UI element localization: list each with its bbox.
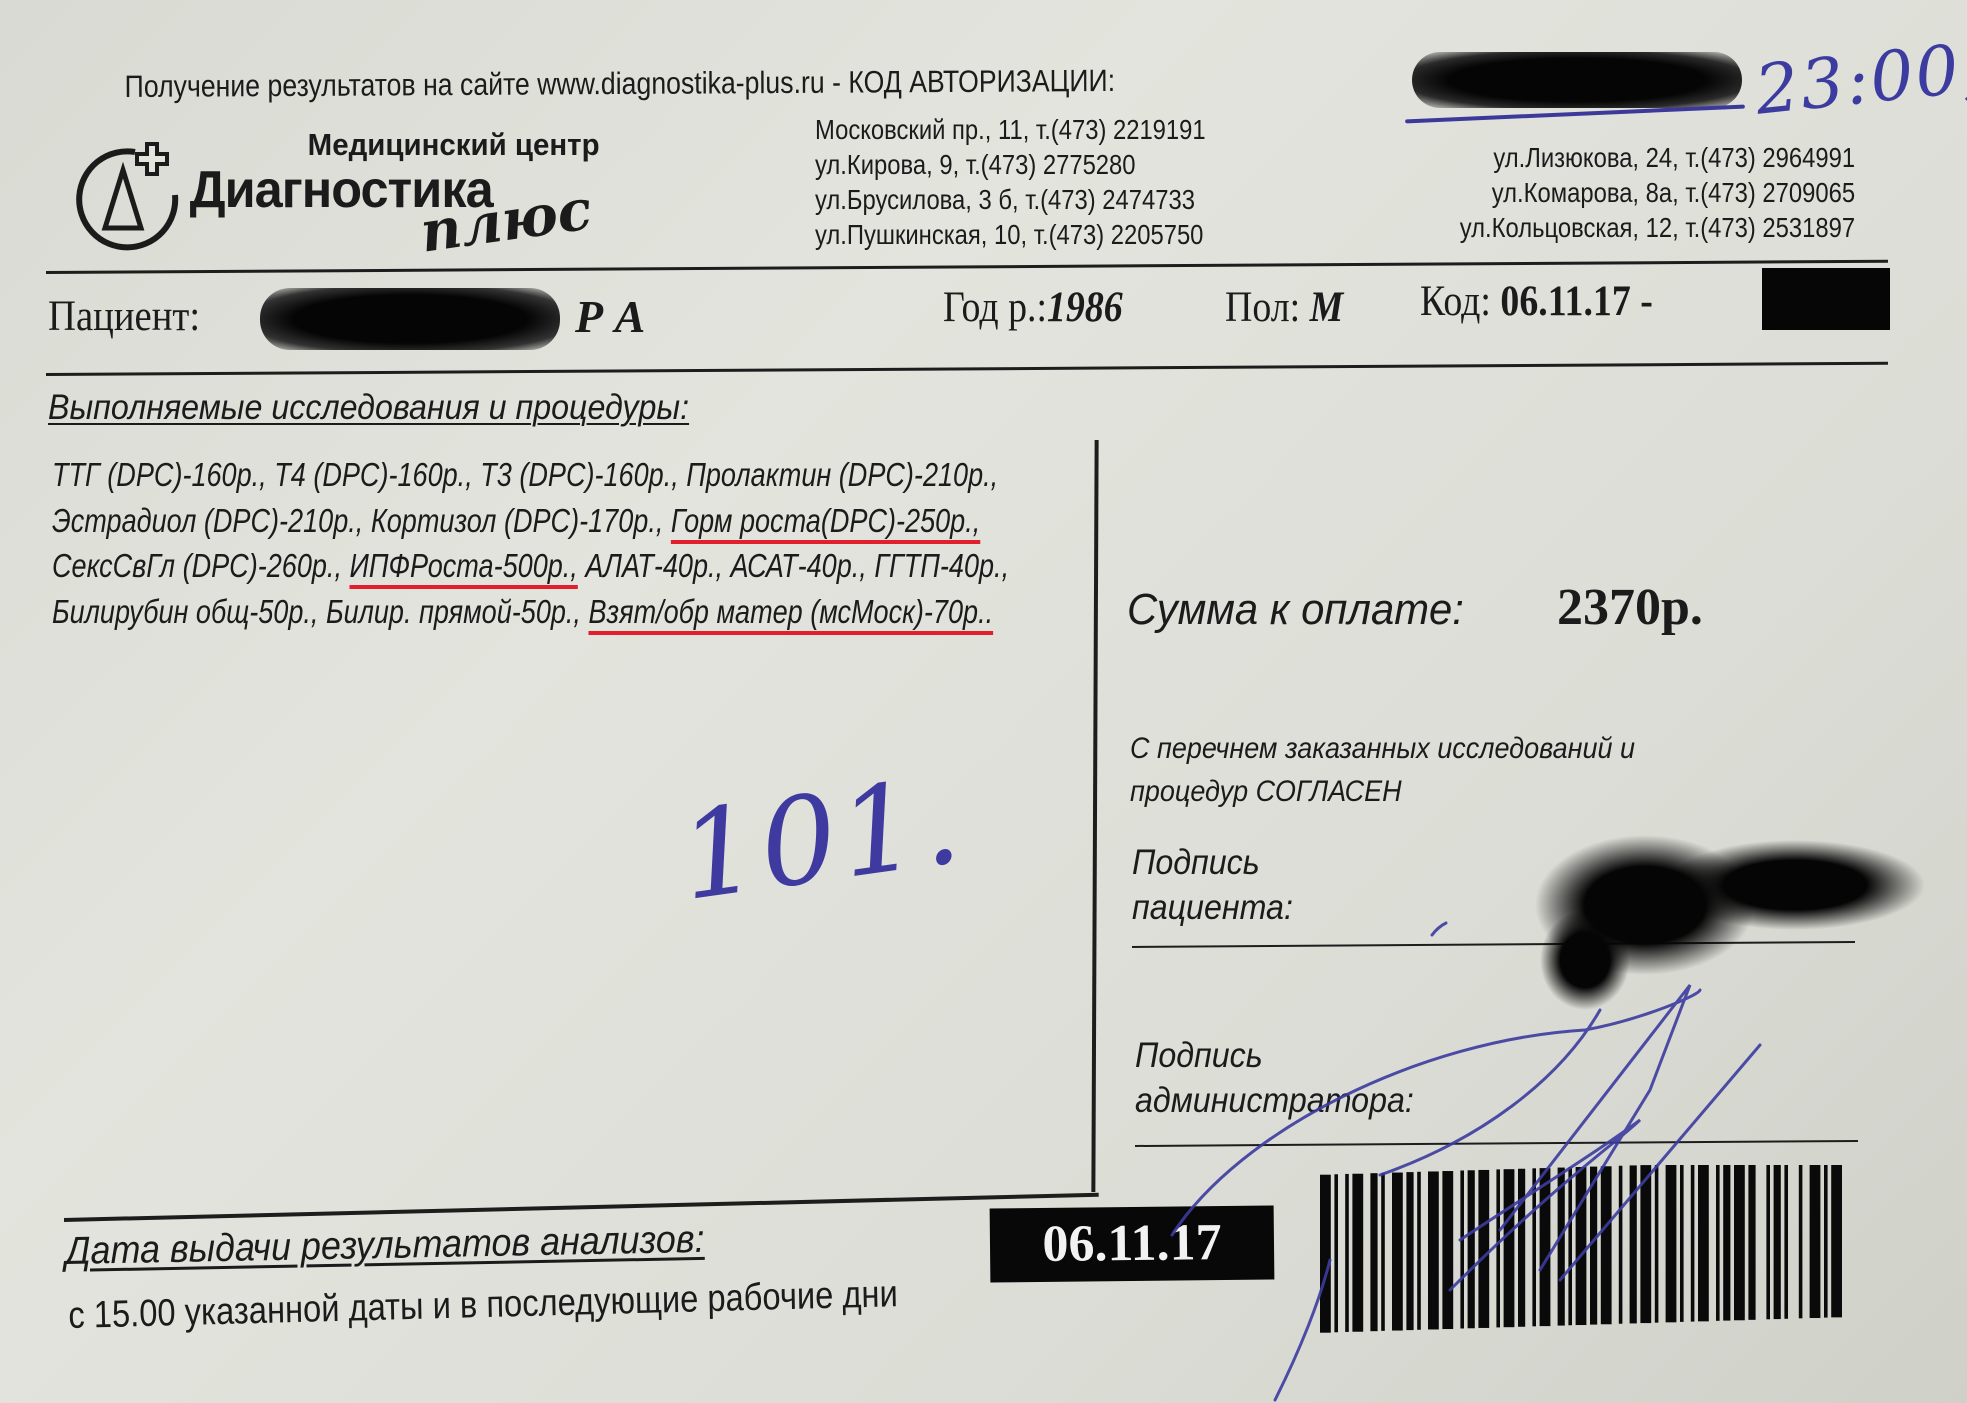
- box-border-right: [1091, 440, 1098, 1192]
- delta-plus-logo-icon: [75, 140, 185, 255]
- service-item: Т3 (DPC)-160р.,: [480, 456, 679, 493]
- results-date: 06.11.17: [990, 1206, 1275, 1283]
- address-line: ул.Кольцовская, 12, т.(473) 2531897: [1460, 210, 1855, 245]
- address-line: ул.Комарова, 8а, т.(473) 2709065: [1460, 175, 1855, 210]
- service-item: ТТГ (DPC)-160р.,: [52, 456, 267, 493]
- service-item: Пролактин (DPC)-210р.,: [686, 456, 998, 493]
- sum-label: Сумма к оплате:: [1127, 585, 1464, 635]
- sum-value: 2370р.: [1557, 578, 1703, 637]
- patient-initials: Р А: [575, 290, 645, 343]
- birth-year-field: Год р.:1986: [943, 283, 1123, 332]
- patient-signature-redaction: [1535, 830, 1925, 1010]
- address-line: ул.Лизюкова, 24, т.(473) 2964991: [1460, 140, 1855, 175]
- code-label: Код:: [1420, 278, 1491, 325]
- service-item: Т4 (DPC)-160р.,: [274, 456, 473, 493]
- service-item: Билир. прямой-50р.,: [326, 593, 581, 630]
- signature-label-line: пациента:: [1132, 885, 1293, 930]
- sex-label: Пол:: [1225, 284, 1300, 331]
- admin-signature-label: Подпись администратора:: [1135, 1033, 1414, 1123]
- code-value: 06.11.17 -: [1500, 278, 1652, 325]
- service-item: АСАТ-40р.,: [731, 547, 867, 584]
- service-item: Взят/обр матер (мсМоск)-70р..: [588, 593, 993, 630]
- logo-subtitle: Медицинский центр: [308, 127, 600, 163]
- sex-value: М: [1310, 284, 1344, 331]
- service-item: Кортизол (DPC)-170р.,: [371, 502, 664, 539]
- box-border-bottom: [64, 1193, 1099, 1222]
- patient-name-redaction: [260, 288, 560, 350]
- service-item: ГГТП-40р.,: [874, 547, 1009, 584]
- service-item: СексСвГл (DPC)-260р.,: [52, 547, 342, 584]
- code-suffix-redaction: [1762, 268, 1890, 330]
- services-list: ТТГ (DPC)-160р., Т4 (DPC)-160р., Т3 (DPC…: [52, 452, 1085, 634]
- results-website-line: Получение результатов на сайте www.diagn…: [125, 63, 1116, 105]
- service-item: АЛАТ-40р.,: [585, 547, 723, 584]
- agreement-line: С перечнем заказанных исследований и: [1130, 727, 1635, 770]
- divider: [46, 260, 1888, 274]
- results-date-label: Дата выдачи результатов анализов:: [65, 1218, 705, 1274]
- address-line: ул.Брусилова, 3 б, т.(473) 2474733: [815, 182, 1206, 217]
- auth-code-redaction: [1412, 52, 1742, 108]
- birth-year-label: Год р.:: [943, 284, 1047, 331]
- barcode: [1310, 1165, 1850, 1340]
- birth-year-value: 1986: [1047, 284, 1123, 331]
- sex-field: Пол: М: [1225, 283, 1343, 332]
- divider: [46, 362, 1888, 376]
- patient-signature-label: Подпись пациента:: [1132, 840, 1293, 930]
- patient-label: Пациент:: [48, 292, 200, 341]
- service-item: Эстрадиол (DPC)-210р.,: [52, 502, 363, 539]
- service-item: Горм роста(DPC)-250р.,: [671, 502, 980, 539]
- results-note: с 15.00 указанной даты и в последующие р…: [68, 1273, 898, 1338]
- address-line: ул.Пушкинская, 10, т.(473) 2205750: [815, 217, 1206, 252]
- agreement-text: С перечнем заказанных исследований и про…: [1130, 727, 1635, 813]
- address-line: ул.Кирова, 9, т.(473) 2775280: [815, 147, 1206, 182]
- service-item: Билирубин общ-50р.,: [52, 593, 318, 630]
- signature-label-line: Подпись: [1132, 840, 1293, 885]
- handwritten-number: 101.: [672, 751, 972, 928]
- service-item: ИПФРоста-500р.,: [349, 547, 577, 584]
- code-field: Код: 06.11.17 -: [1420, 277, 1653, 326]
- signature-label-line: Подпись: [1135, 1033, 1414, 1078]
- agreement-line: процедур СОГЛАСЕН: [1130, 770, 1635, 813]
- handwritten-time: 23:00,: [1752, 28, 1967, 131]
- admin-signature-line: [1135, 1140, 1858, 1147]
- addresses-column-1: Московский пр., 11, т.(473) 2219191 ул.К…: [815, 112, 1206, 252]
- addresses-column-2: ул.Лизюкова, 24, т.(473) 2964991 ул.Кома…: [1460, 140, 1855, 245]
- address-line: Московский пр., 11, т.(473) 2219191: [815, 112, 1206, 147]
- signature-label-line: администратора:: [1135, 1078, 1414, 1123]
- services-title: Выполняемые исследования и процедуры:: [48, 388, 689, 428]
